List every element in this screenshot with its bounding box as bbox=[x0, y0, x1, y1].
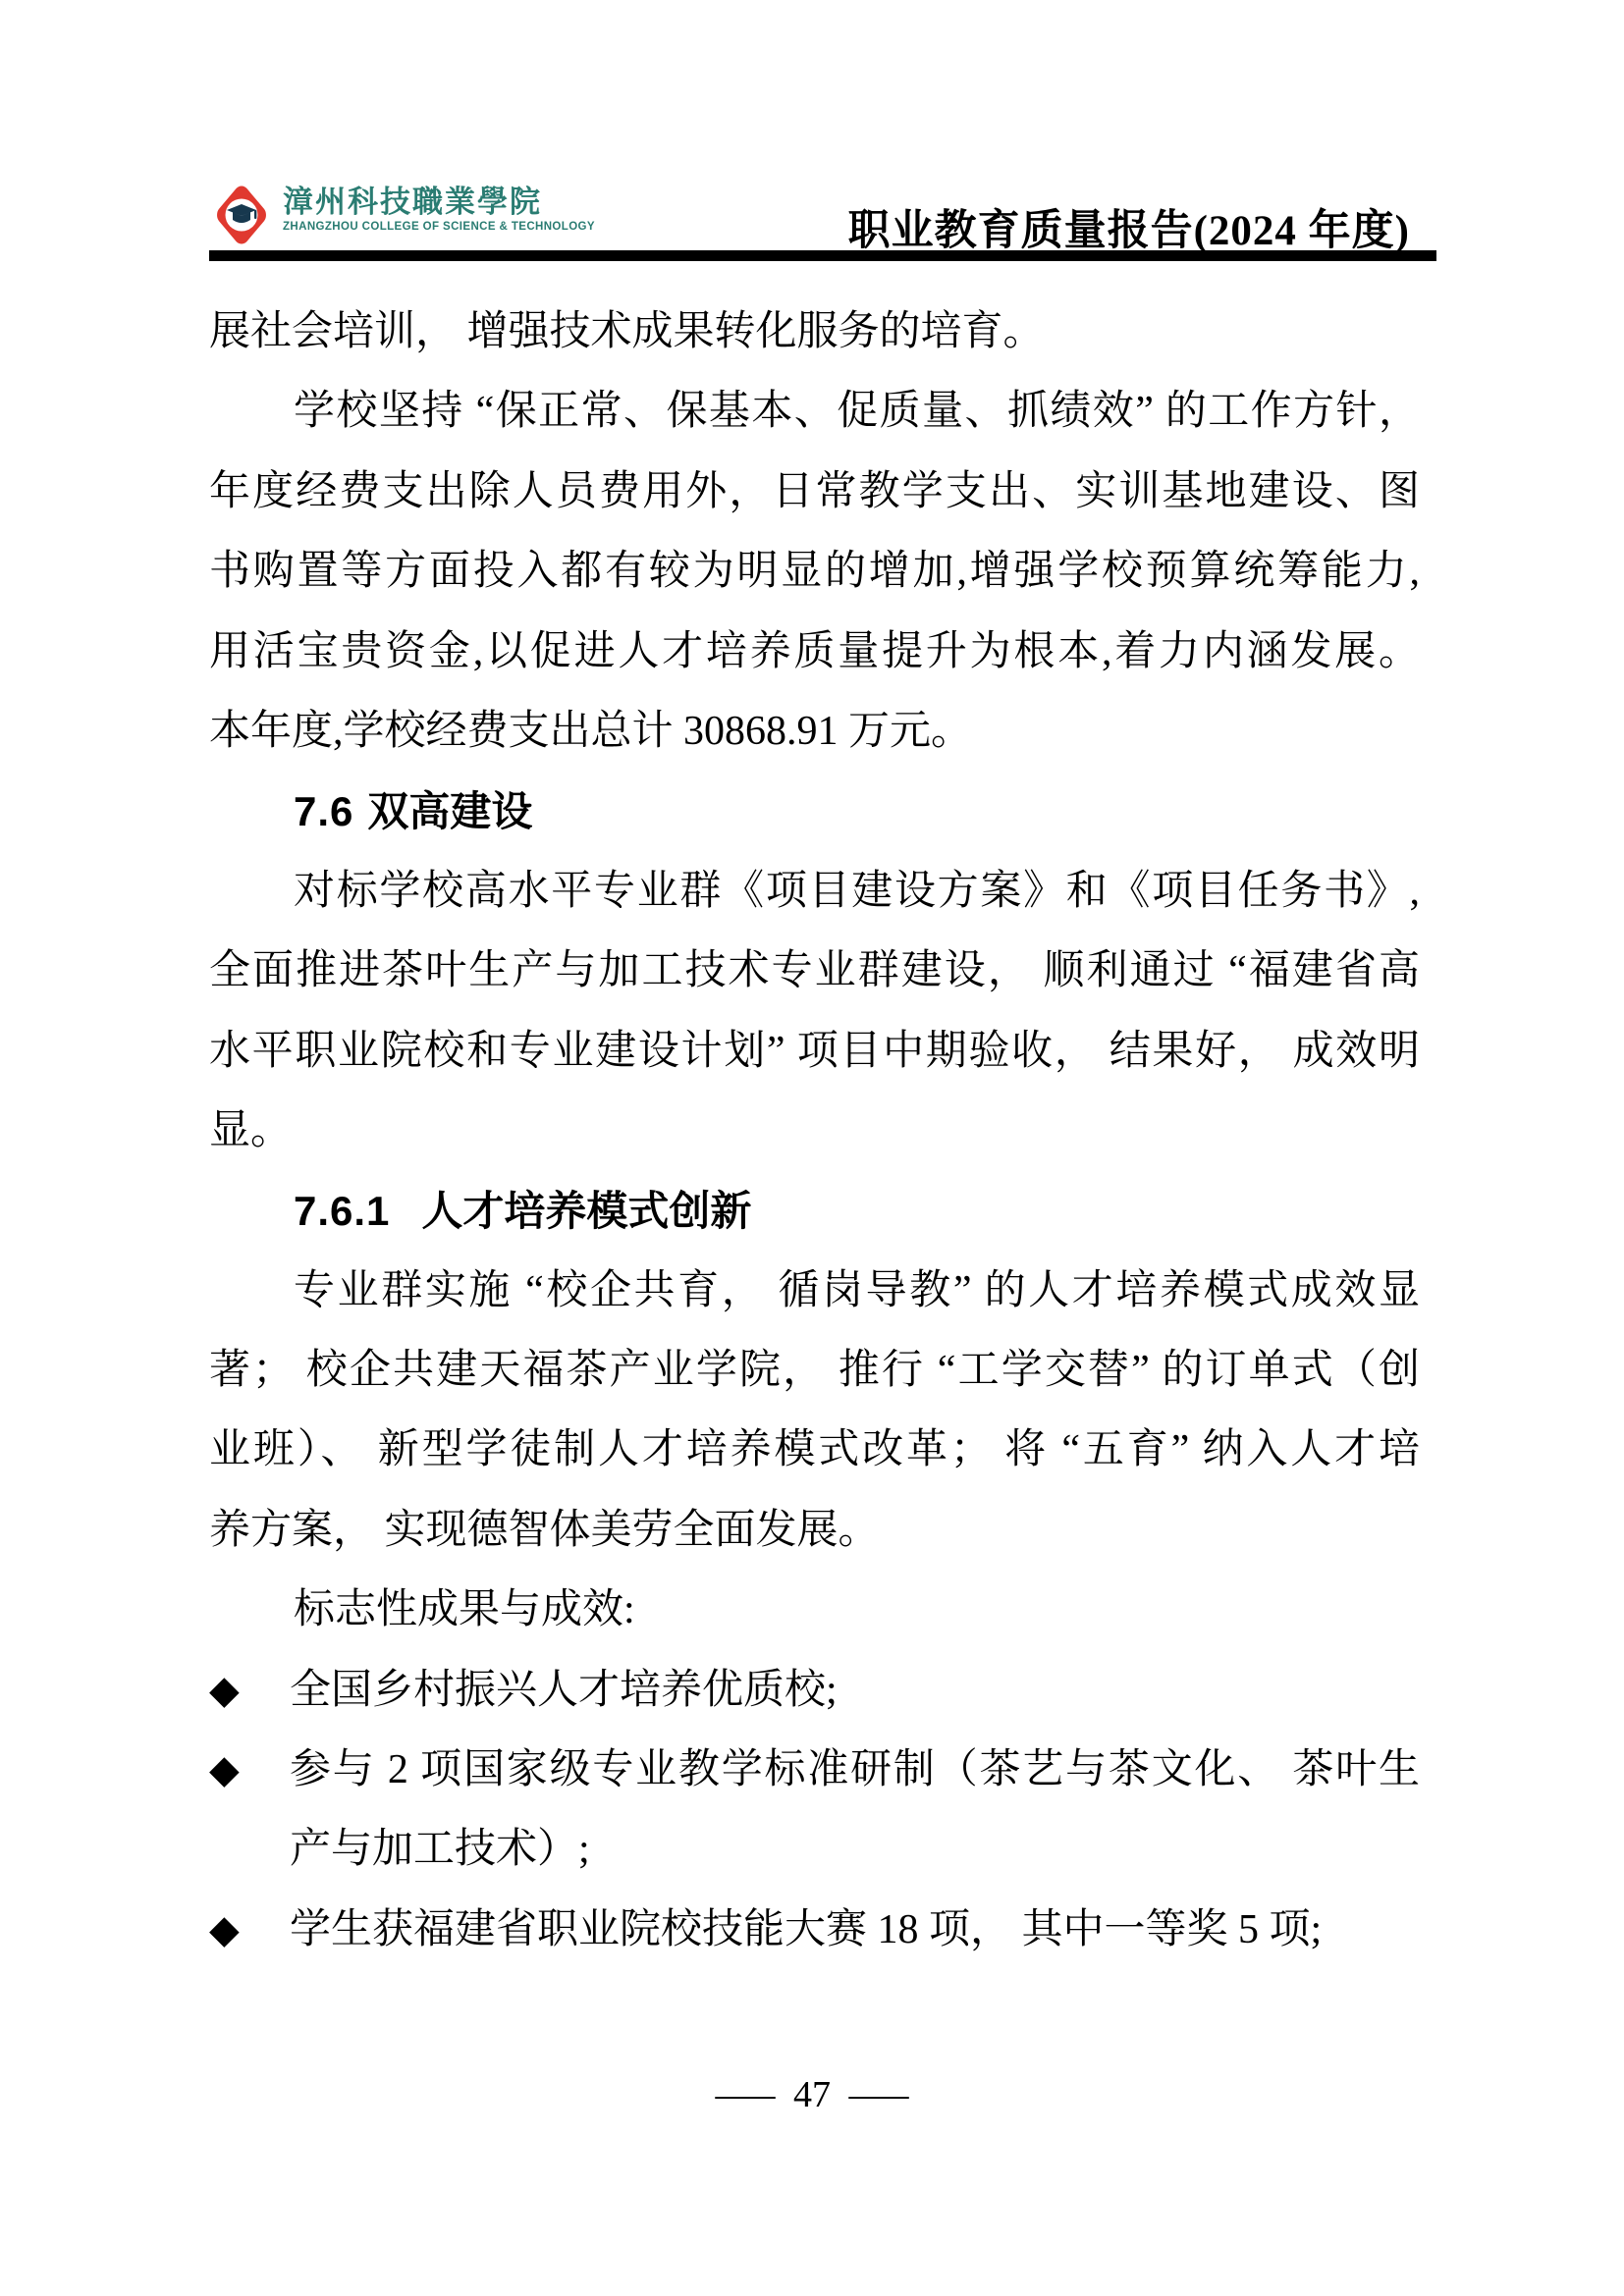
document-page: 漳州科技職業學院 ZHANGZHOU COLLEGE OF SCIENCE & … bbox=[0, 0, 1624, 2296]
bullet-text: 参与 2 项国家级专业教学标准研制（茶艺与茶文化、 茶叶生 bbox=[290, 1747, 1420, 1792]
paragraph-line: 著； 校企共建天福茶产业学院， 推行 “工学交替” 的订单式（创 bbox=[209, 1331, 1420, 1411]
college-name-cn: 漳州科技職業學院 bbox=[283, 187, 595, 217]
paragraph-line: 养方案， 实现德智体美劳全面发展。 bbox=[209, 1491, 1420, 1571]
paragraph-line: 专业群实施 “校企共育， 循岗导教” 的人才培养模式成效显 bbox=[209, 1252, 1420, 1331]
diamond-bullet-icon: ◆ bbox=[209, 1731, 240, 1810]
paragraph-line: 年度经费支出除人员费用外，日常教学支出、实训基地建设、图 bbox=[209, 453, 1420, 532]
paragraph-line: 本年度,学校经费支出总计 30868.91 万元。 bbox=[209, 692, 1420, 772]
paragraph-line: 业班）、 新型学徒制人才培养模式改革； 将 “五育” 纳入人才培 bbox=[209, 1411, 1420, 1490]
paragraph-line: 对标学校高水平专业群《项目建设方案》和《项目任务书》, bbox=[209, 852, 1420, 932]
diamond-bullet-icon: ◆ bbox=[209, 1891, 240, 1970]
footer-right-dash: — bbox=[849, 2073, 909, 2116]
paragraph-line: 学校坚持 “保正常、保基本、促质量、抓绩效” 的工作方针， bbox=[209, 372, 1420, 452]
document-body: 展社会培训， 增强技术成果转化服务的培育。 学校坚持 “保正常、保基本、促质量、… bbox=[209, 262, 1420, 1970]
paragraph-line: 展社会培训， 增强技术成果转化服务的培育。 bbox=[209, 293, 1420, 372]
page-footer: — 47 — bbox=[0, 2073, 1624, 2116]
section-number: 7.6.1 bbox=[294, 1188, 390, 1234]
bullet-item: ◆全国乡村振兴人才培养优质校; bbox=[209, 1651, 1420, 1731]
bullet-text: 学生获福建省职业院校技能大赛 18 项， 其中一等奖 5 项; bbox=[290, 1907, 1322, 1952]
section-number: 7.6 bbox=[294, 788, 353, 834]
bullet-continuation-line: 产与加工技术）; bbox=[209, 1810, 1420, 1890]
paragraph-line: 水平职业院校和专业建设计划” 项目中期验收， 结果好， 成效明 bbox=[209, 1012, 1420, 1092]
section-heading-7-6-1: 7.6.1人才培养模式创新 bbox=[209, 1171, 1420, 1251]
section-heading-7-6: 7.6双高建设 bbox=[209, 772, 1420, 851]
college-logo-icon bbox=[212, 181, 271, 249]
section-title: 人才培养模式创新 bbox=[421, 1188, 751, 1234]
header-rule bbox=[209, 250, 1436, 261]
paragraph-line: 用活宝贵资金,以促进人才培养质量提升为根本,着力内涵发展。 bbox=[209, 613, 1420, 692]
paragraph-line: 显。 bbox=[209, 1092, 1420, 1171]
report-title: 职业教育质量报告(2024 年度) bbox=[848, 197, 1410, 257]
bullet-item: ◆参与 2 项国家级专业教学标准研制（茶艺与茶文化、 茶叶生 bbox=[209, 1731, 1420, 1810]
section-title: 双高建设 bbox=[367, 788, 532, 834]
paragraph-line: 书购置等方面投入都有较为明显的增加,增强学校预算统筹能力, bbox=[209, 532, 1420, 612]
bullet-item: ◆学生获福建省职业院校技能大赛 18 项， 其中一等奖 5 项; bbox=[209, 1891, 1420, 1970]
page-number: 47 bbox=[793, 2073, 831, 2116]
footer-left-dash: — bbox=[716, 2073, 776, 2116]
college-name-en: ZHANGZHOU COLLEGE OF SCIENCE & TECHNOLOG… bbox=[283, 222, 595, 234]
diamond-bullet-icon: ◆ bbox=[209, 1651, 240, 1731]
bullet-text: 全国乡村振兴人才培养优质校; bbox=[290, 1668, 838, 1713]
paragraph-line: 全面推进茶叶生产与加工技术专业群建设， 顺利通过 “福建省高 bbox=[209, 932, 1420, 1011]
college-name-block: 漳州科技職業學院 ZHANGZHOU COLLEGE OF SCIENCE & … bbox=[283, 187, 595, 234]
paragraph-line: 标志性成果与成效: bbox=[209, 1571, 1420, 1650]
